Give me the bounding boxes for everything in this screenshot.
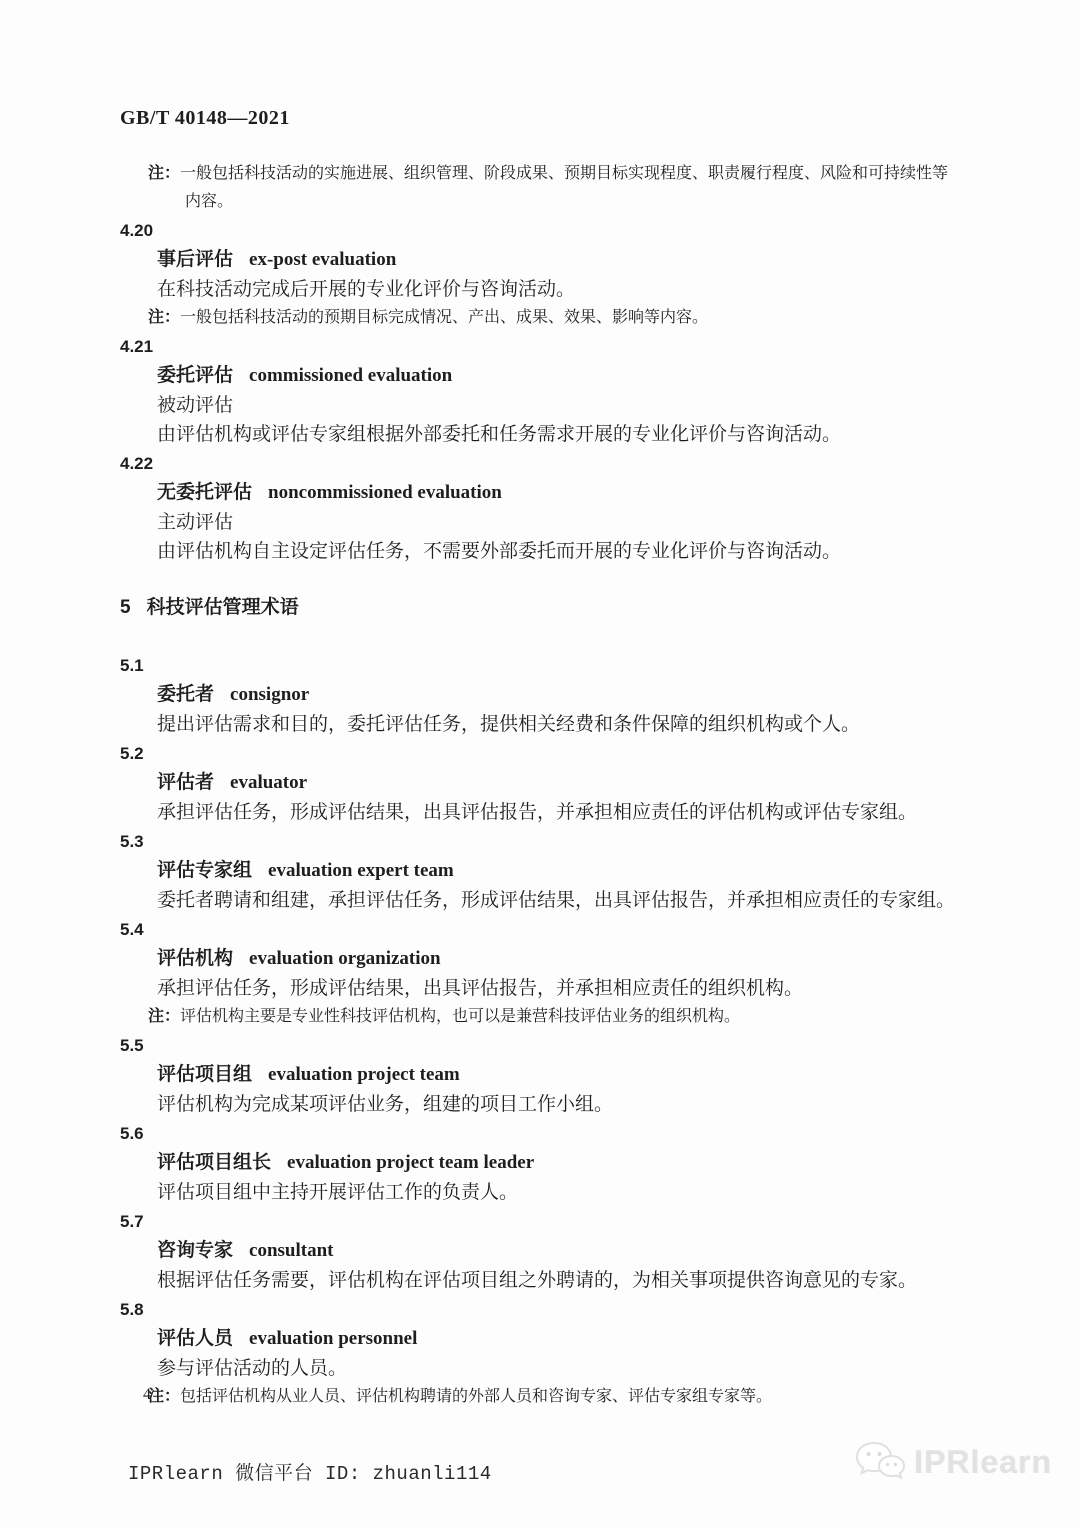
definition: 参与评估活动的人员。 xyxy=(157,1354,962,1383)
term-entry: 5.2 评估者evaluator 承担评估任务，形成评估结果，出具评估报告，并承… xyxy=(120,739,962,827)
entry-number: 5.3 xyxy=(120,827,962,856)
term-line: 无委托评估noncommissioned evaluation xyxy=(157,478,962,508)
term-chinese: 评估机构 xyxy=(157,948,233,969)
platform-footer: IPRlearn 微信平台 ID: zhuanli114 xyxy=(128,1458,492,1485)
term-chinese: 事后评估 xyxy=(157,249,233,270)
entry-number: 5.2 xyxy=(120,739,962,768)
entry-number: 5.8 xyxy=(120,1295,962,1324)
term-entry: 5.6 评估项目组长evaluation project team leader… xyxy=(120,1119,962,1207)
page-content: GB/T 40148—2021 注：一般包括科技活动的实施进展、组织管理、阶段成… xyxy=(0,0,1080,1411)
note-label: 注： xyxy=(148,1008,180,1025)
entry-number: 5.6 xyxy=(120,1119,962,1148)
watermark-text: IPRlearn xyxy=(914,1444,1052,1481)
entry-note: 注：一般包括科技活动的预期目标完成情况、产出、成果、效果、影响等内容。 xyxy=(148,304,962,332)
term-chinese: 委托评估 xyxy=(157,365,233,386)
definition: 提出评估需求和目的，委托评估任务，提供相关经费和条件保障的组织机构或个人。 xyxy=(157,710,962,739)
wechat-logo-icon xyxy=(854,1440,906,1484)
term-line: 评估者evaluator xyxy=(157,768,962,798)
term-chinese: 评估项目组长 xyxy=(157,1152,271,1173)
document-page: GB/T 40148—2021 注：一般包括科技活动的实施进展、组织管理、阶段成… xyxy=(0,0,1080,1527)
term-chinese: 评估项目组 xyxy=(157,1064,252,1085)
term-english: evaluator xyxy=(230,772,307,793)
standard-number: GB/T 40148—2021 xyxy=(120,106,962,130)
chapter-number: 5 xyxy=(120,597,131,618)
entry-number: 4.21 xyxy=(120,332,962,361)
term-entry: 5.5 评估项目组evaluation project team 评估机构为完成… xyxy=(120,1031,962,1119)
term-line: 事后评估ex-post evaluation xyxy=(157,245,962,275)
chapter-title: 科技评估管理术语 xyxy=(147,597,299,618)
entry-number: 5.5 xyxy=(120,1031,962,1060)
synonym: 主动评估 xyxy=(157,508,962,537)
definition: 委托者聘请和组建，承担评估任务，形成评估结果，出具评估报告，并承担相应责任的专家… xyxy=(157,886,962,915)
chapter-heading: 5科技评估管理术语 xyxy=(120,593,962,622)
definition: 评估机构为完成某项评估业务，组建的项目工作小组。 xyxy=(157,1090,962,1119)
term-english: ex-post evaluation xyxy=(249,249,396,270)
note-label: 注： xyxy=(148,1388,180,1405)
definition: 承担评估任务，形成评估结果，出具评估报告，并承担相应责任的评估机构或评估专家组。 xyxy=(157,798,962,827)
definition: 承担评估任务，形成评估结果，出具评估报告，并承担相应责任的组织机构。 xyxy=(157,974,962,1003)
note-text: 一般包括科技活动的预期目标完成情况、产出、成果、效果、影响等内容。 xyxy=(180,309,708,326)
note-text: 评估机构主要是专业性科技评估机构，也可以是兼营科技评估业务的组织机构。 xyxy=(180,1008,740,1025)
term-line: 委托者consignor xyxy=(157,680,962,710)
term-entry: 4.20 事后评估ex-post evaluation 在科技活动完成后开展的专… xyxy=(120,216,962,332)
term-line: 委托评估commissioned evaluation xyxy=(157,361,962,391)
synonym: 被动评估 xyxy=(157,391,962,420)
term-line: 评估专家组evaluation expert team xyxy=(157,856,962,886)
term-english: commissioned evaluation xyxy=(249,365,452,386)
entry-number: 5.4 xyxy=(120,915,962,944)
term-entry: 5.1 委托者consignor 提出评估需求和目的，委托评估任务，提供相关经费… xyxy=(120,651,962,739)
term-english: evaluation personnel xyxy=(249,1328,417,1349)
entry-note: 注：包括评估机构从业人员、评估机构聘请的外部人员和咨询专家、评估专家组专家等。 xyxy=(148,1383,962,1411)
term-chinese: 无委托评估 xyxy=(157,482,252,503)
entry-note: 注：评估机构主要是专业性科技评估机构，也可以是兼营科技评估业务的组织机构。 xyxy=(148,1003,962,1031)
term-chinese: 评估人员 xyxy=(157,1328,233,1349)
definition: 由评估机构或评估专家组根据外部委托和任务需求开展的专业化评价与咨询活动。 xyxy=(157,420,962,449)
note-label: 注： xyxy=(148,309,180,326)
entry-number: 5.1 xyxy=(120,651,962,680)
term-line: 评估项目组evaluation project team xyxy=(157,1060,962,1090)
entry-number: 4.20 xyxy=(120,216,962,245)
term-chinese: 评估者 xyxy=(157,772,214,793)
term-english: consultant xyxy=(249,1240,333,1261)
note-label: 注： xyxy=(148,165,180,182)
term-entry: 5.4 评估机构evaluation organization 承担评估任务，形… xyxy=(120,915,962,1031)
definition: 根据评估任务需要，评估机构在评估项目组之外聘请的，为相关事项提供咨询意见的专家。 xyxy=(157,1266,962,1295)
term-english: evaluation expert team xyxy=(268,860,454,881)
note-text: 包括评估机构从业人员、评估机构聘请的外部人员和咨询专家、评估专家组专家等。 xyxy=(180,1388,772,1405)
term-english: noncommissioned evaluation xyxy=(268,482,502,503)
definition: 在科技活动完成后开展的专业化评价与咨询活动。 xyxy=(157,275,962,304)
term-english: evaluation project team xyxy=(268,1064,460,1085)
entry-number: 5.7 xyxy=(120,1207,962,1236)
term-entry: 5.8 评估人员evaluation personnel 参与评估活动的人员。 … xyxy=(120,1295,962,1411)
definition: 评估项目组中主持开展评估工作的负责人。 xyxy=(157,1178,962,1207)
term-english: evaluation project team leader xyxy=(287,1152,534,1173)
term-english: consignor xyxy=(230,684,309,705)
note-text: 一般包括科技活动的实施进展、组织管理、阶段成果、预期目标实现程度、职责履行程度、… xyxy=(180,165,948,210)
term-entry: 4.21 委托评估commissioned evaluation 被动评估 由评… xyxy=(120,332,962,449)
continuation-note: 注：一般包括科技活动的实施进展、组织管理、阶段成果、预期目标实现程度、职责履行程… xyxy=(148,160,962,216)
watermark: IPRlearn xyxy=(854,1440,1052,1484)
term-entry: 5.3 评估专家组evaluation expert team 委托者聘请和组建… xyxy=(120,827,962,915)
term-line: 评估机构evaluation organization xyxy=(157,944,962,974)
term-entry: 4.22 无委托评估noncommissioned evaluation 主动评… xyxy=(120,449,962,566)
term-line: 评估项目组长evaluation project team leader xyxy=(157,1148,962,1178)
page-number: 4 xyxy=(143,1383,151,1407)
entry-number: 4.22 xyxy=(120,449,962,478)
term-line: 咨询专家consultant xyxy=(157,1236,962,1266)
term-chinese: 评估专家组 xyxy=(157,860,252,881)
term-chinese: 咨询专家 xyxy=(157,1240,233,1261)
term-english: evaluation organization xyxy=(249,948,441,969)
term-chinese: 委托者 xyxy=(157,684,214,705)
term-entry: 5.7 咨询专家consultant 根据评估任务需要，评估机构在评估项目组之外… xyxy=(120,1207,962,1295)
definition: 由评估机构自主设定评估任务，不需要外部委托而开展的专业化评价与咨询活动。 xyxy=(157,537,962,566)
term-line: 评估人员evaluation personnel xyxy=(157,1324,962,1354)
